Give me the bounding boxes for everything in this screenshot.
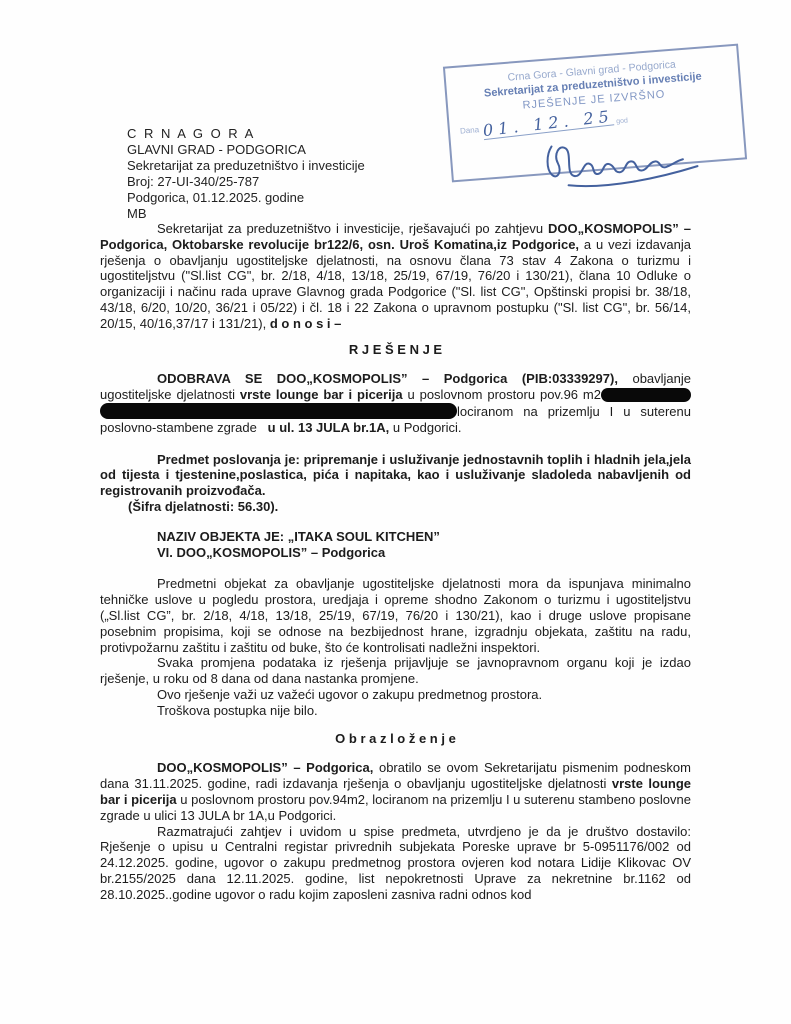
decision-line-2: ugostiteljske djelatnosti vrste lounge b…: [100, 387, 691, 403]
letterhead-initials: MB: [127, 206, 365, 222]
redaction-bar: [100, 403, 457, 419]
letterhead: C R N A G O R A GLAVNI GRAD - PODGORICA …: [127, 126, 365, 222]
document-body: Sekretarijat za preduzetništvo i investi…: [100, 221, 691, 902]
request-paragraph: DOO„KOSMOPOLIS” – Podgorica, obratilo se…: [100, 760, 691, 823]
letterhead-department: Sekretarijat za preduzetništvo i investi…: [127, 158, 365, 174]
activity-code-line: (Šifra djelatnosti: 56.30).: [128, 499, 691, 515]
owner-line: VI. DOO„KOSMOPOLIS” – Podgorica: [157, 545, 691, 561]
stamp-date-label: Dana: [460, 125, 480, 135]
business-scope-paragraph: Predmet poslovanja je: pripremanje i usl…: [100, 452, 691, 499]
decision-line-1: ODOBRAVA SE DOO„KOSMOPOLIS” – Podgorica …: [100, 371, 691, 387]
heading-rjesenje: R J E Š E N J E: [100, 342, 691, 358]
decision-line-3: lociranom na prizemlju I u suterenu: [100, 403, 691, 420]
change-report-paragraph: Svaka promjena podataka iz rješenja prij…: [100, 655, 691, 687]
technical-conditions-paragraph: Predmetni objekat za obavljanje ugostite…: [100, 576, 691, 655]
evidence-paragraph: Razmatrajući zahtjev i uvidom u spise pr…: [100, 824, 691, 903]
letterhead-country: C R N A G O R A: [127, 126, 365, 142]
intro-paragraph: Sekretarijat za preduzetništvo i investi…: [100, 221, 691, 332]
executive-stamp: Crna Gora - Glavni grad - Podgorica Sekr…: [443, 44, 747, 183]
costs-line: Troškova postupka nije bilo.: [157, 703, 691, 719]
redaction-bar: [601, 388, 691, 402]
stamp-date-suffix: god: [616, 117, 628, 125]
lease-validity-line: Ovo rješenje važi uz važeći ugovor o zak…: [157, 687, 691, 703]
decision-line-4: poslovno-stambene zgrade u ul. 13 JULA b…: [100, 420, 691, 436]
letterhead-city: GLAVNI GRAD - PODGORICA: [127, 142, 365, 158]
object-name-line: NAZIV OBJEKTA JE: „ITAKA SOUL KITCHEN”: [157, 529, 691, 545]
document-page: Crna Gora - Glavni grad - Podgorica Sekr…: [0, 0, 791, 1024]
letterhead-case-number: Broj: 27-UI-340/25-787: [127, 174, 365, 190]
heading-obrazlozenje: O b r a z l o ž e n j e: [100, 731, 691, 747]
letterhead-place-date: Podgorica, 01.12.2025. godine: [127, 190, 365, 206]
signature-icon: [537, 123, 731, 200]
